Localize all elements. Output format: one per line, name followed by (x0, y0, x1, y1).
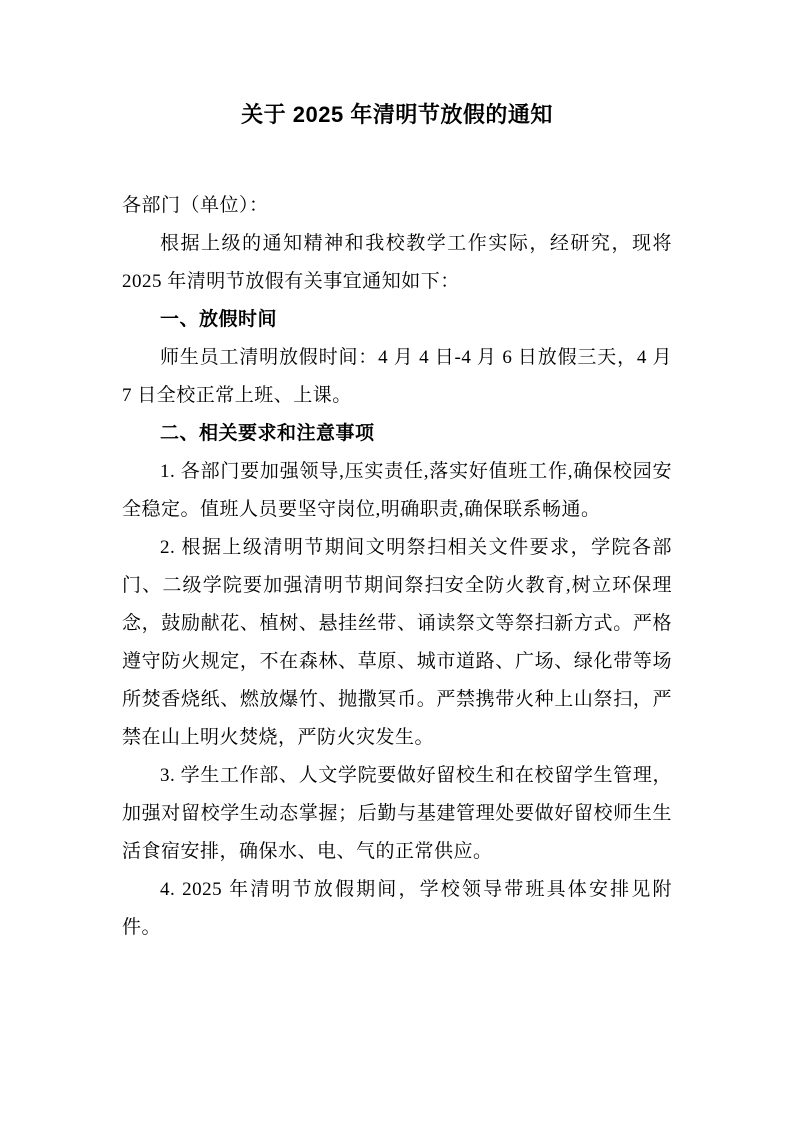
requirement-item-4: 4. 2025 年清明节放假期间，学校领导带班具体安排见附件。 (122, 871, 672, 947)
salutation: 各部门（单位）： (122, 187, 672, 225)
requirement-item-1: 1. 各部门要加强领导,压实责任,落实好值班工作,确保校园安全稳定。值班人员要坚… (122, 453, 672, 529)
document-page: 关于 2025 年清明节放假的通知 各部门（单位）： 根据上级的通知精神和我校教… (0, 0, 793, 1122)
requirement-item-2: 2. 根据上级清明节期间文明祭扫相关文件要求，学院各部门、二级学院要加强清明节期… (122, 529, 672, 757)
holiday-time-paragraph: 师生员工清明放假时间：4 月 4 日-4 月 6 日放假三天，4 月 7 日全校… (122, 339, 672, 415)
document-title: 关于 2025 年清明节放假的通知 (122, 100, 672, 130)
section-heading-holiday-time: 一、放假时间 (122, 301, 672, 339)
intro-paragraph: 根据上级的通知精神和我校教学工作实际，经研究，现将 2025 年清明节放假有关事… (122, 225, 672, 301)
requirement-item-3: 3. 学生工作部、人文学院要做好留校生和在校留学生管理，加强对留校学生动态掌握；… (122, 757, 672, 871)
section-heading-requirements: 二、相关要求和注意事项 (122, 415, 672, 453)
